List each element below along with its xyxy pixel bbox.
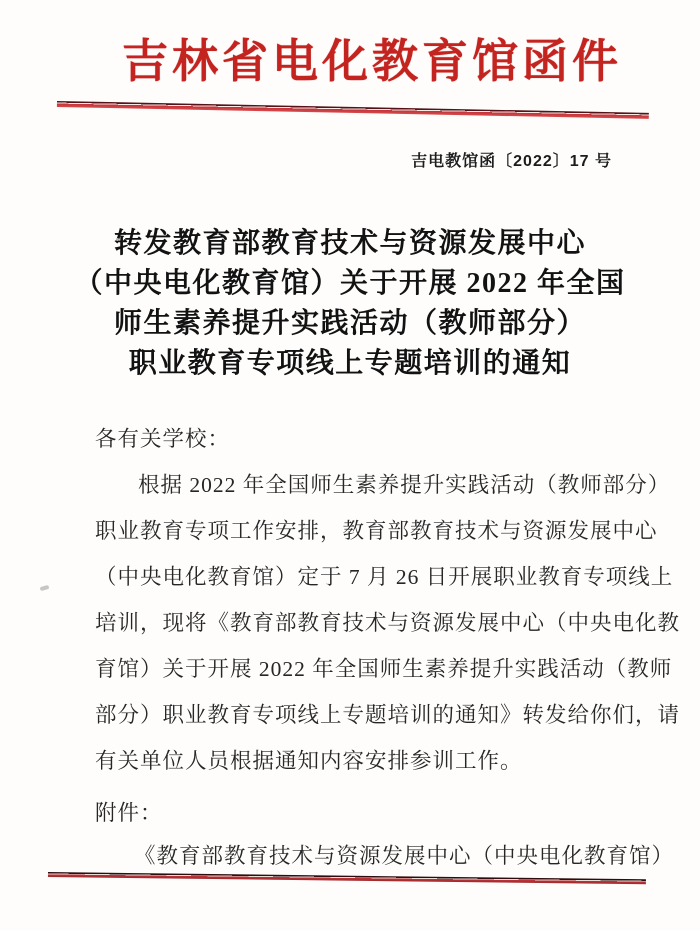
text-line: （中央电化教育馆）关于开展 2022 年全国 (0, 264, 700, 304)
text-line: 有关单位人员根据通知内容安排参训工作。 (95, 738, 625, 784)
salutation: 各有关学校： (95, 416, 625, 462)
text-line: 职业教育专项工作安排，教育部教育技术与资源发展中心 (95, 508, 625, 554)
scan-speckle (40, 585, 50, 591)
body-paragraph: 各有关学校： 根据 2022 年全国师生素养提升实践活动（教师部分）职业教育专项… (95, 416, 625, 784)
text-line: （中央电化教育馆）定于 7 月 26 日开展职业教育专项线上 (95, 554, 625, 600)
text-line: 师生素养提升实践活动（教师部分） (0, 304, 700, 344)
document-title: 转发教育部教育技术与资源发展中心（中央电化教育馆）关于开展 2022 年全国师生… (0, 224, 700, 384)
attachment-item: 《教育部教育技术与资源发展中心（中央电化教育馆） (134, 840, 674, 872)
letterhead-rule (57, 101, 649, 119)
text-line: 育馆）关于开展 2022 年全国师生素养提升实践活动（教师 (95, 646, 625, 692)
scanned-document-page: 吉林省电化教育馆函件 吉电教馆函〔2022〕17 号 转发教育部教育技术与资源发… (0, 0, 700, 930)
footer-rule (48, 872, 646, 884)
text-line: 部分）职业教育专项线上专题培训的通知》转发给你们，请 (95, 692, 625, 738)
document-number: 吉电教馆函〔2022〕17 号 (411, 148, 612, 171)
letterhead-title: 吉林省电化教育馆函件 (44, 30, 700, 94)
scan-speckle (116, 238, 119, 241)
attachment-label: 附件： (95, 797, 163, 829)
text-line: 职业教育专项线上专题培训的通知 (0, 344, 700, 384)
text-line: 培训，现将《教育部教育技术与资源发展中心（中央电化教 (95, 600, 625, 646)
text-line: 转发教育部教育技术与资源发展中心 (0, 224, 700, 264)
text-line: 根据 2022 年全国师生素养提升实践活动（教师部分） (95, 462, 625, 508)
paragraph-lines: 根据 2022 年全国师生素养提升实践活动（教师部分）职业教育专项工作安排，教育… (95, 462, 625, 784)
